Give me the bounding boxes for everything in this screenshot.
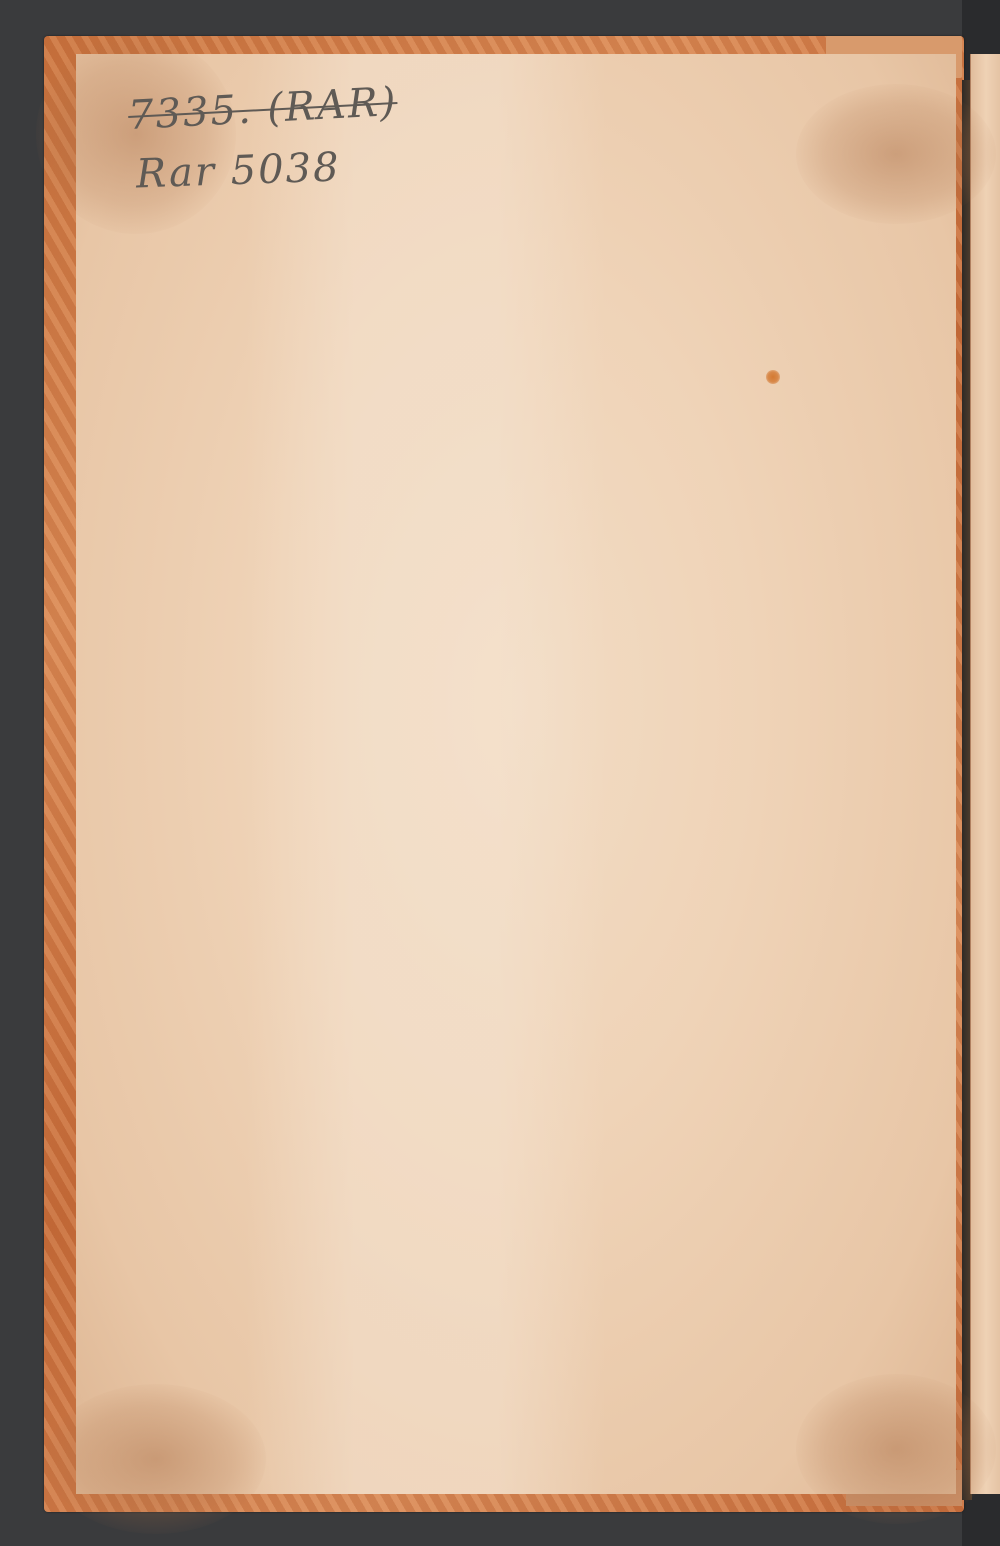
stain-bottom-left: [46, 1384, 266, 1534]
stain-top-right: [796, 84, 996, 224]
stain-bottom-right: [796, 1374, 996, 1524]
foxing-spot: [766, 370, 780, 384]
next-page-edge: [970, 54, 1000, 1494]
new-shelfmark: Rar 5038: [135, 144, 341, 197]
endpaper: [76, 54, 956, 1494]
paper-light-band: [246, 54, 606, 1494]
